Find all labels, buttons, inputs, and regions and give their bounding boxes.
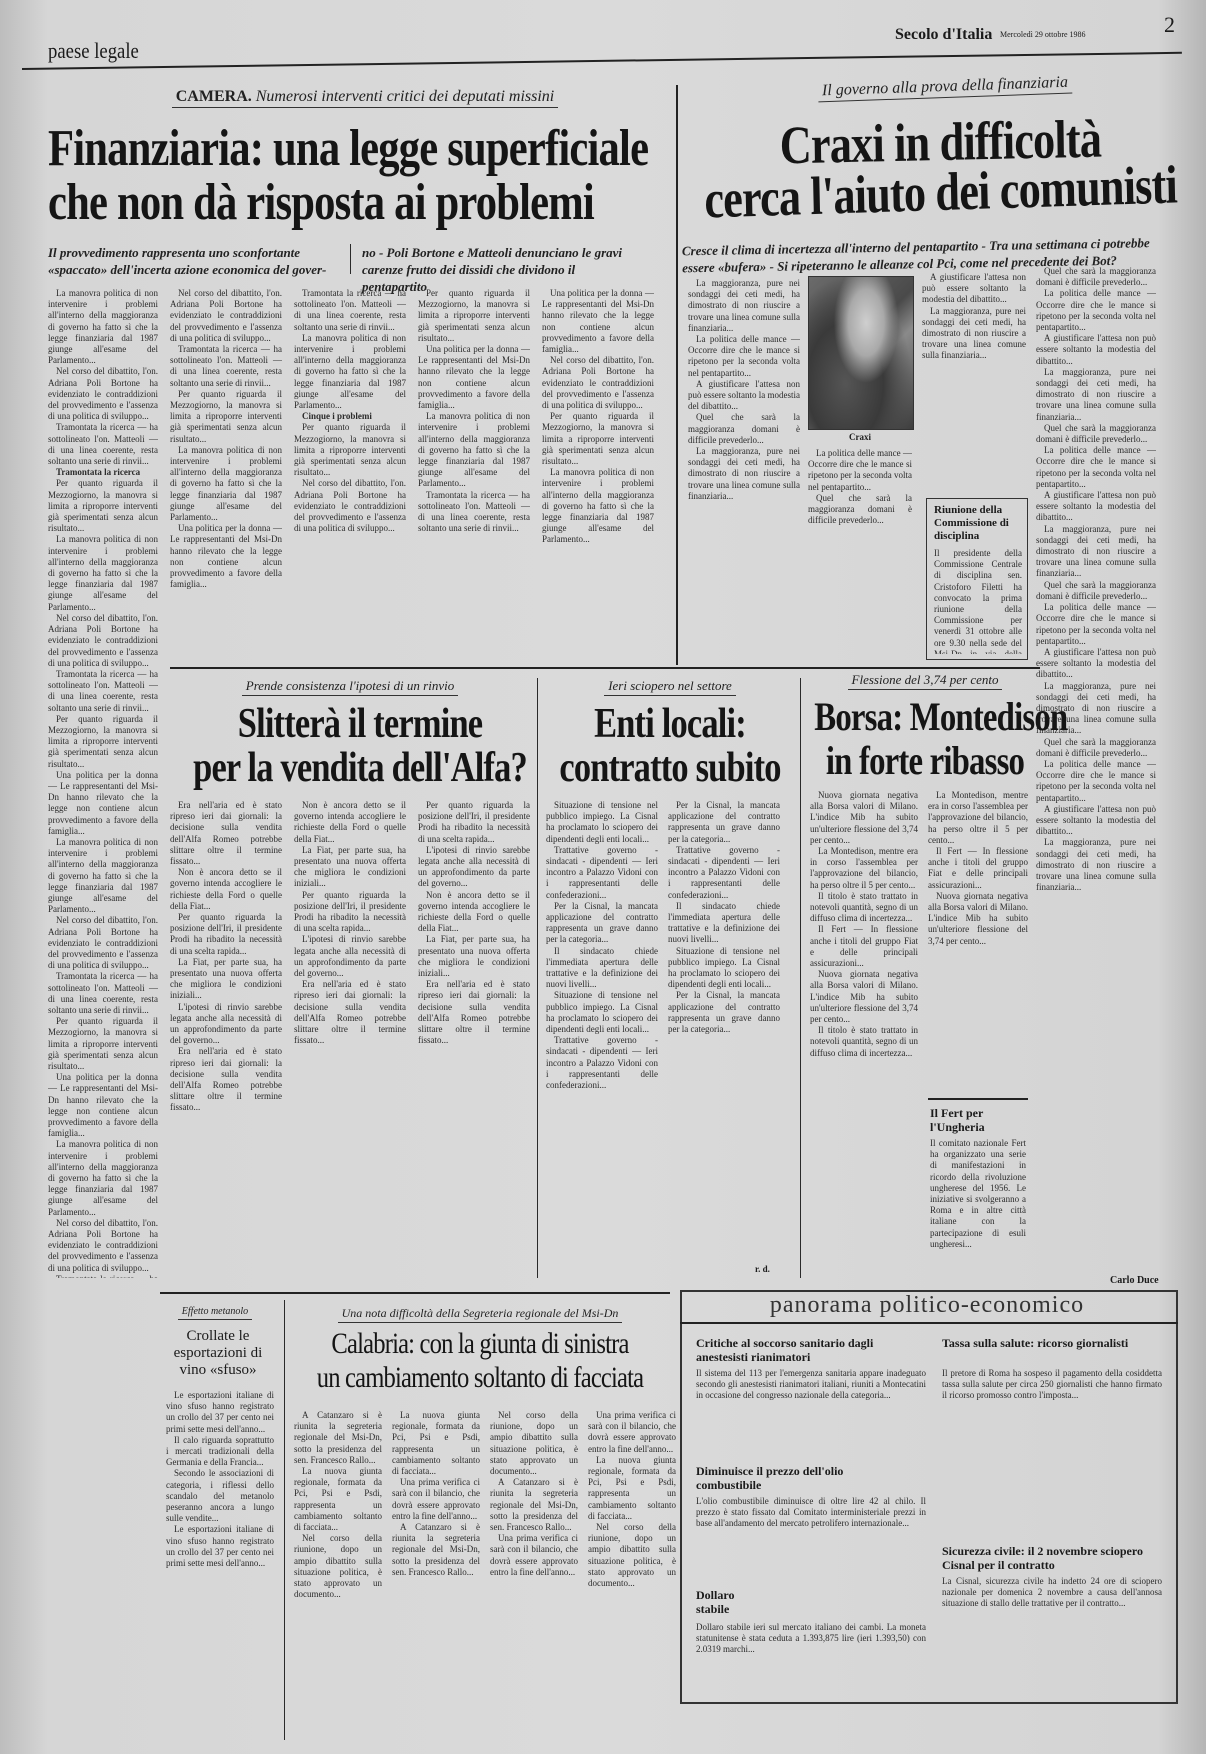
paragraph: Una politica per la donna — Le rappresen… xyxy=(48,770,158,837)
paragraph: La politica delle mance — Occorre dire c… xyxy=(808,448,912,493)
paragraph: Nuova giornata negativa alla Borsa valor… xyxy=(810,790,918,846)
paragraph: La Fiat, per parte sua, ha presentato un… xyxy=(418,934,530,979)
column-divider xyxy=(284,1300,285,1740)
paragraph: L'ipotesi di rinvio sarebbe legata anche… xyxy=(294,934,406,979)
paragraph: Tramontata la ricerca — ha sottolineato … xyxy=(48,1274,158,1278)
paragraph: Quel che sarà la maggioranza domani è di… xyxy=(1036,737,1156,759)
enti-headline-1: Enti locali: xyxy=(539,702,801,746)
panorama-item-body: L'olio combustibile diminuisce di oltre … xyxy=(696,1496,926,1578)
finanziaria-headline-2: che non dà risposta ai problemi xyxy=(48,176,594,231)
paragraph: Nuova giornata negativa alla Borsa valor… xyxy=(810,969,918,1025)
paragraph: Il sindacato chiede l'immediata apertura… xyxy=(668,901,780,946)
paragraph: La Fiat, per parte sua, ha presentato un… xyxy=(170,957,282,1002)
enti-headline-2: contratto subito xyxy=(522,746,817,790)
alfa-body-col1: Era nell'aria ed è stato ripreso ieri da… xyxy=(170,800,282,1270)
paragraph: Per quanto riguarda il Mezzogiorno, la m… xyxy=(48,714,158,770)
paragraph: Una politica per la donna — Le rappresen… xyxy=(542,288,654,355)
paragraph: A Catanzaro si è riunita la segreteria r… xyxy=(294,1410,382,1466)
panorama-title: panorama politico-economico xyxy=(680,1292,1174,1319)
column-divider xyxy=(800,678,801,1278)
paragraph: La manovra politica di non intervenire i… xyxy=(48,837,158,915)
paragraph: A giustificare l'attesa non può essere s… xyxy=(1036,490,1156,524)
bottom-rule xyxy=(160,1292,670,1294)
paragraph: La manovra politica di non intervenire i… xyxy=(294,333,406,411)
paragraph: A giustificare l'attesa non può essere s… xyxy=(1036,333,1156,367)
kicker-text: Il governo alla prova della finanziaria xyxy=(818,74,1073,103)
finanziaria-body-col5: Una politica per la donna — Le rappresen… xyxy=(542,288,654,668)
paragraph: Nuova giornata negativa alla Borsa valor… xyxy=(928,891,1028,947)
paragraph: La manovra politica di non intervenire i… xyxy=(542,467,654,545)
paragraph: La politica delle mance — Occorre dire c… xyxy=(1036,445,1156,490)
subhead: Tramontata la ricerca xyxy=(56,467,140,477)
panorama-rule xyxy=(680,1322,1178,1324)
section-label: paese legale xyxy=(48,38,139,64)
paragraph: A giustificare l'attesa non può essere s… xyxy=(1036,647,1156,681)
paragraph: Era nell'aria ed è stato ripreso ieri da… xyxy=(170,1046,282,1113)
alfa-headline-1: Slitterà il termine xyxy=(180,702,541,746)
paragraph: Nel corso del dibattito, l'on. Adriana P… xyxy=(48,366,158,422)
paragraph: Per quanto riguarda la posizione dell'Ir… xyxy=(294,890,406,935)
paragraph: Per quanto riguarda il Mezzogiorno, la m… xyxy=(294,422,406,478)
borsa-body-col1: Nuova giornata negativa alla Borsa valor… xyxy=(810,790,918,1262)
panorama-item-body: Il sistema del 113 per l'emergenza sanit… xyxy=(696,1368,926,1458)
paragraph: Il Fert — In flessione anche i titoli de… xyxy=(928,846,1028,891)
paragraph: La nuova giunta regionale, formata da Pc… xyxy=(392,1410,480,1477)
paragraph: Nel corso della riunione, dopo un ampio … xyxy=(490,1410,578,1477)
paragraph: La maggioranza, pure nei sondaggi dei ce… xyxy=(688,446,800,502)
calabria-body-col2: La nuova giunta regionale, formata da Pc… xyxy=(392,1410,480,1740)
paragraph: La manovra politica di non intervenire i… xyxy=(170,445,282,523)
paragraph: La manovra politica di non intervenire i… xyxy=(48,1139,158,1217)
paragraph: Era nell'aria ed è stato ripreso ieri da… xyxy=(418,979,530,1046)
paragraph: La Fiat, per parte sua, ha presentato un… xyxy=(294,845,406,890)
paragraph: Nel corso del dibattito, l'on. Adriana P… xyxy=(48,613,158,669)
paragraph: La maggioranza, pure nei sondaggi dei ce… xyxy=(1036,367,1156,423)
paragraph: La Montedison, mentre era in corso l'ass… xyxy=(810,846,918,891)
finanziaria-kicker: CAMERA. Numerosi interventi critici dei … xyxy=(150,88,580,106)
paragraph: Non è ancora detto se il governo intenda… xyxy=(170,867,282,912)
commissione-title: Riunione della Commissione di disciplina xyxy=(934,504,1024,543)
paragraph: La politica delle mance — Occorre dire c… xyxy=(1036,602,1156,647)
craxi-kicker: Il governo alla prova della finanziaria xyxy=(780,72,1110,102)
paragraph: Quel che sarà la maggioranza domani è di… xyxy=(1036,266,1156,288)
paragraph: Quel che sarà la maggioranza domani è di… xyxy=(688,412,800,446)
kicker-text: Numerosi interventi critici dei deputati… xyxy=(256,88,554,105)
paragraph: A giustificare l'attesa non può essere s… xyxy=(922,272,1026,306)
paragraph: Le esportazioni italiane di vino sfuso h… xyxy=(166,1390,274,1435)
paragraph: Per quanto riguarda la posizione dell'Ir… xyxy=(170,912,282,957)
finanziaria-body-col1: La manovra politica di non intervenire i… xyxy=(48,288,158,1278)
paragraph: Le esportazioni italiane di vino sfuso h… xyxy=(166,1524,274,1569)
enti-body-col2: Per la Cisnal, la mancata applicazione d… xyxy=(668,800,780,1262)
paragraph: A Catanzaro si è riunita la segreteria r… xyxy=(392,1522,480,1578)
paragraph: La nuova giunta regionale, formata da Pc… xyxy=(588,1455,676,1522)
paragraph: Trattative governo - sindacati - dipende… xyxy=(546,845,658,901)
finanziaria-headline-1: Finanziaria: una legge superficiale xyxy=(48,122,648,177)
paragraph: Una prima verifica ci sarà con il bilanc… xyxy=(490,1533,578,1578)
paragraph: Tramontata la ricerca — ha sottolineato … xyxy=(170,344,282,389)
paragraph: La maggioranza, pure nei sondaggi dei ce… xyxy=(922,306,1026,362)
fert-title: Il Fert per l'Ungheria xyxy=(930,1106,1026,1134)
calabria-body-col3: Nel corso della riunione, dopo un ampio … xyxy=(490,1410,578,1740)
kicker-text: Flessione del 3,74 per cento xyxy=(848,672,1003,690)
subhead: Cinque i problemi xyxy=(302,411,372,421)
paragraph: La Montedison, mentre era in corso l'ass… xyxy=(928,790,1028,846)
calabria-body-col1: A Catanzaro si è riunita la segreteria r… xyxy=(294,1410,382,1740)
kicker-text: Ieri sciopero nel settore xyxy=(604,678,736,696)
paragraph: La politica delle mance — Occorre dire c… xyxy=(688,334,800,379)
craxi-body-col1: La maggioranza, pure nei sondaggi dei ce… xyxy=(688,278,800,663)
paragraph: Il sindacato chiede l'immediata apertura… xyxy=(546,946,658,991)
publication-date: Mercoledì 29 ottobre 1986 xyxy=(1000,30,1086,39)
calabria-headline-2: un cambiamento soltanto di facciata xyxy=(291,1362,668,1394)
panorama-item-body: Dollaro stabile ieri sul mercato italian… xyxy=(696,1622,926,1688)
paragraph: Per quanto riguarda il Mezzogiorno, la m… xyxy=(542,411,654,467)
paragraph: Il calo riguarda soprattutto i mercati t… xyxy=(166,1435,274,1469)
paragraph: La maggioranza, pure nei sondaggi dei ce… xyxy=(1036,524,1156,580)
column-divider xyxy=(676,85,678,665)
borsa-headline-1: Borsa: Montedison xyxy=(814,696,1035,738)
alfa-body-col3: Per quanto riguarda la posizione dell'Ir… xyxy=(418,800,530,1270)
paragraph: Per quanto riguarda il Mezzogiorno, la m… xyxy=(170,389,282,445)
paragraph: Situazione di tensione nel pubblico impi… xyxy=(546,990,658,1035)
paragraph: L'ipotesi di rinvio sarebbe legata anche… xyxy=(418,845,530,890)
paragraph: Il Fert — In flessione anche i titoli de… xyxy=(810,924,918,969)
alfa-headline-2: per la vendita dell'Alfa? xyxy=(155,746,565,790)
borsa-kicker: Flessione del 3,74 per cento xyxy=(810,672,1040,688)
paragraph: Nel corso della riunione, dopo un ampio … xyxy=(294,1533,382,1600)
paragraph: Quel che sarà la maggioranza domani è di… xyxy=(1036,580,1156,602)
finanziaria-body-col4: Per quanto riguarda il Mezzogiorno, la m… xyxy=(418,288,530,668)
paragraph: Una prima verifica ci sarà con il bilanc… xyxy=(588,1410,676,1455)
paragraph: Era nell'aria ed è stato ripreso ieri da… xyxy=(294,979,406,1046)
finanziaria-body-col3: Tramontata la ricerca — ha sottolineato … xyxy=(294,288,406,668)
paragraph: A giustificare l'attesa non può essere s… xyxy=(688,379,800,413)
calabria-headline-1: Calabria: con la giunta di sinistra xyxy=(291,1328,668,1360)
signature: r. d. xyxy=(755,1264,770,1274)
finanziaria-body-col2: Nel corso del dibattito, l'on. Adriana P… xyxy=(170,288,282,668)
paragraph: La politica delle mance — Occorre dire c… xyxy=(1036,288,1156,333)
calabria-body-col4: Una prima verifica ci sarà con il bilanc… xyxy=(588,1410,676,1740)
paragraph: Il titolo è stato trattato in notevoli q… xyxy=(810,1025,918,1059)
paragraph: A giustificare l'attesa non può essere s… xyxy=(1036,804,1156,838)
kicker-text: Una nota difficoltà della Segreteria reg… xyxy=(338,1306,623,1323)
byline: Carlo Duce xyxy=(1110,1275,1159,1286)
paragraph: Trattative governo - sindacati - dipende… xyxy=(546,1035,658,1091)
vino-body-col1: Le esportazioni italiane di vino sfuso h… xyxy=(166,1390,274,1730)
paragraph: Trattative governo - sindacati - dipende… xyxy=(668,845,780,901)
paragraph: Tramontata la ricerca — ha sottolineato … xyxy=(418,490,530,535)
section-rule xyxy=(170,667,1040,669)
fert-body: Il comitato nazionale Fert ha organizzat… xyxy=(930,1138,1026,1268)
kicker-bold: CAMERA. xyxy=(176,88,252,105)
panorama-item-body: La Cisnal, sicurezza civile ha indetto 2… xyxy=(942,1576,1162,1688)
craxi-body-col2: La politica delle mance — Occorre dire c… xyxy=(808,448,912,663)
paragraph: La maggioranza, pure nei sondaggi dei ce… xyxy=(1036,837,1156,893)
craxi-photo xyxy=(808,276,914,430)
paragraph: Tramontata la ricerca — ha sottolineato … xyxy=(48,422,158,467)
paragraph: La manovra politica di non intervenire i… xyxy=(48,534,158,612)
vino-headline: Crollate le esportazioni di vino «sfuso» xyxy=(166,1328,270,1379)
paragraph: Tramontata la ricerca — ha sottolineato … xyxy=(48,971,158,1016)
craxi-body-col4: Quel che sarà la maggioranza domani è di… xyxy=(1036,266,1156,1266)
paragraph: Quel che sarà la maggioranza domani è di… xyxy=(1036,423,1156,445)
paragraph: La manovra politica di non intervenire i… xyxy=(418,411,530,489)
paragraph: La nuova giunta regionale, formata da Pc… xyxy=(294,1466,382,1533)
borsa-headline-2: in forte ribasso xyxy=(814,740,1035,782)
deck-divider xyxy=(350,244,351,274)
paragraph: La politica delle mance — Occorre dire c… xyxy=(1036,759,1156,804)
paragraph: Una politica per la donna — Le rappresen… xyxy=(418,344,530,411)
paragraph: Per la Cisnal, la mancata applicazione d… xyxy=(668,990,780,1035)
paragraph: Nel corso del dibattito, l'on. Adriana P… xyxy=(48,1218,158,1274)
paragraph: Secondo le associazioni di categoria, i … xyxy=(166,1468,274,1524)
paragraph: Una prima verifica ci sarà con il bilanc… xyxy=(392,1477,480,1522)
vino-kicker: Effetto metanolo xyxy=(160,1306,270,1317)
borsa-body-col2: La Montedison, mentre era in corso l'ass… xyxy=(928,790,1028,1090)
paragraph: Per quanto riguarda la posizione dell'Ir… xyxy=(418,800,530,845)
craxi-headline-2: cerca l'aiuto dei comunisti xyxy=(694,156,1187,228)
paragraph: Nel corso della riunione, dopo un ampio … xyxy=(588,1522,676,1589)
paragraph: Tramontata la ricerca — ha sottolineato … xyxy=(48,669,158,714)
enti-kicker: Ieri sciopero nel settore xyxy=(540,678,800,694)
paragraph: Situazione di tensione nel pubblico impi… xyxy=(668,946,780,991)
panorama-item-body: Il pretore di Roma ha sospeso il pagamen… xyxy=(942,1368,1162,1544)
paper-name: Secolo d'Italia xyxy=(895,26,992,44)
paragraph: Situazione di tensione nel pubblico impi… xyxy=(546,800,658,845)
paragraph: Il titolo è stato trattato in notevoli q… xyxy=(810,891,918,925)
paragraph: A Catanzaro si è riunita la segreteria r… xyxy=(490,1477,578,1533)
paragraph: La manovra politica di non intervenire i… xyxy=(48,288,158,366)
paragraph: Quel che sarà la maggioranza domani è di… xyxy=(808,493,912,527)
paragraph: Per la Cisnal, la mancata applicazione d… xyxy=(668,800,780,845)
kicker-text: Prende consistenza l'ipotesi di un rinvi… xyxy=(242,678,458,696)
page-number: 2 xyxy=(1164,12,1175,38)
masthead-rule xyxy=(22,52,1182,70)
paragraph: Una politica per la donna — Le rappresen… xyxy=(170,523,282,590)
paragraph: Per quanto riguarda il Mezzogiorno, la m… xyxy=(48,478,158,534)
paragraph: Nel corso del dibattito, l'on. Adriana P… xyxy=(48,915,158,971)
calabria-kicker: Una nota difficoltà della Segreteria reg… xyxy=(290,1306,670,1321)
paragraph: Per quanto riguarda il Mezzogiorno, la m… xyxy=(418,288,530,344)
panorama-item-title: Tassa sulla salute: ricorso giornalisti xyxy=(942,1336,1162,1350)
kicker-text: Effetto metanolo xyxy=(178,1306,252,1320)
panorama-item-title: Diminuisce il prezzo dell'olio combustib… xyxy=(696,1464,896,1492)
paragraph: Non è ancora detto se il governo intenda… xyxy=(418,890,530,935)
paragraph: Per la Cisnal, la mancata applicazione d… xyxy=(546,901,658,946)
paragraph: Tramontata la ricerca — ha sottolineato … xyxy=(294,288,406,333)
paragraph: Nel corso del dibattito, l'on. Adriana P… xyxy=(542,355,654,411)
paragraph: Nel corso del dibattito, l'on. Adriana P… xyxy=(170,288,282,344)
commissione-body: Il presidente della Commissione Centrale… xyxy=(934,548,1022,654)
alfa-kicker: Prende consistenza l'ipotesi di un rinvi… xyxy=(160,678,540,694)
finanziaria-deck-left: Il provvedimento rappresenta uno sconfor… xyxy=(48,244,338,278)
paragraph: La maggioranza, pure nei sondaggi dei ce… xyxy=(688,278,800,334)
newspaper-page: paese legale Secolo d'Italia Mercoledì 2… xyxy=(0,0,1206,1754)
photo-caption: Craxi xyxy=(808,432,912,442)
enti-body-col1: Situazione di tensione nel pubblico impi… xyxy=(546,800,658,1270)
panorama-item-title: Sicurezza civile: il 2 novembre sciopero… xyxy=(942,1544,1162,1572)
fert-rule xyxy=(928,1098,1028,1100)
panorama-item-title: Critiche al soccorso sanitario dagli ane… xyxy=(696,1336,926,1364)
paragraph: L'ipotesi di rinvio sarebbe legata anche… xyxy=(170,1002,282,1047)
paragraph: Una politica per la donna — Le rappresen… xyxy=(48,1072,158,1139)
alfa-body-col2: Non è ancora detto se il governo intenda… xyxy=(294,800,406,1270)
paragraph: Per quanto riguarda il Mezzogiorno, la m… xyxy=(48,1016,158,1072)
paragraph: Non è ancora detto se il governo intenda… xyxy=(294,800,406,845)
paragraph: Nel corso del dibattito, l'on. Adriana P… xyxy=(294,478,406,534)
craxi-body-col3: A giustificare l'attesa non può essere s… xyxy=(922,272,1026,494)
panorama-item-title: Dollaro stabile xyxy=(696,1588,756,1616)
paragraph: Era nell'aria ed è stato ripreso ieri da… xyxy=(170,800,282,867)
